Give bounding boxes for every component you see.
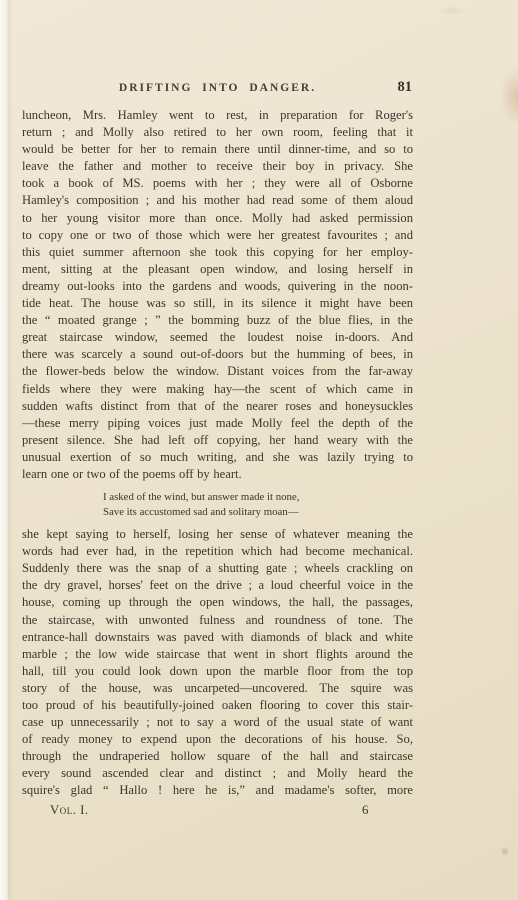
- text-line: present silence. She had left off copyin…: [22, 432, 413, 449]
- running-header: DRIFTING INTO DANGER. 81: [22, 80, 413, 97]
- running-title: DRIFTING INTO DANGER.: [22, 82, 413, 94]
- text-line: the dry gravel, horses' feet on the driv…: [22, 577, 413, 594]
- text-line: return ; and Molly also retired to her o…: [22, 124, 413, 141]
- page-number: 81: [398, 79, 413, 96]
- text-line: dreamy out-looks into the gardens and wo…: [22, 278, 413, 295]
- page-stain: [500, 68, 518, 126]
- text-line: there was scarcely a sound out-of-doors …: [22, 346, 413, 363]
- text-line: would be better for her to remain there …: [22, 141, 413, 158]
- text-line: fields where they were making hay—the sc…: [22, 381, 413, 398]
- text-line: to copy one or two of those which were h…: [22, 227, 413, 244]
- text-line: through the undraperied hollow square of…: [22, 748, 413, 765]
- page-stain: [440, 6, 466, 16]
- paragraph-second: she kept saying to herself, losing her s…: [22, 526, 413, 800]
- page-footer: Vol. I. 6: [22, 803, 413, 820]
- text-line: unusual exertion of so much writing, and…: [22, 449, 413, 466]
- text-line: the staircase, with unwonted fulness and…: [22, 612, 413, 629]
- page-stain: [500, 847, 510, 856]
- text-line: sudden wafts distinct from that of the n…: [22, 398, 413, 415]
- text-line: case up unnecessarily ; not to say a wor…: [22, 714, 413, 731]
- text-line: too proud of his beautifully-joined oake…: [22, 697, 413, 714]
- text-line: leave the father and mother to receive t…: [22, 158, 413, 175]
- text-line: of ready money to expend upon the decora…: [22, 731, 413, 748]
- text-line: she kept saying to herself, losing her s…: [22, 526, 413, 543]
- verse-line: Save its accustomed sad and solitary moa…: [103, 505, 413, 520]
- text-line: house, coming up through the open window…: [22, 594, 413, 611]
- paragraph-first: luncheon, Mrs. Hamley went to rest, in p…: [22, 107, 413, 483]
- text-line: took a book of MS. poems with her ; they…: [22, 175, 413, 192]
- signature-mark: 6: [362, 803, 368, 818]
- page-edge: [0, 0, 8, 900]
- text-line: story of the house, was uncarpeted—uncov…: [22, 680, 413, 697]
- text-line: —these merry piping voices just made Mol…: [22, 415, 413, 432]
- verse-quote: I asked of the wind, but answer made it …: [103, 490, 413, 520]
- text-line: ment, sitting at the pleasant open windo…: [22, 261, 413, 278]
- text-line: to her young visitor more than once. Mol…: [22, 210, 413, 227]
- verse-line: I asked of the wind, but answer made it …: [103, 490, 413, 505]
- page-content: DRIFTING INTO DANGER. 81 luncheon, Mrs. …: [22, 0, 413, 820]
- text-line: entrance-hall downstairs was paved with …: [22, 629, 413, 646]
- text-line: this quiet summer afternoon she took thi…: [22, 244, 413, 261]
- text-line: Hamley's composition ; and his mother ha…: [22, 192, 413, 209]
- text-line: learn one or two of the poems off by hea…: [22, 466, 413, 483]
- text-line: words had ever had, in the repetition wh…: [22, 543, 413, 560]
- text-line: luncheon, Mrs. Hamley went to rest, in p…: [22, 107, 413, 124]
- book-page: DRIFTING INTO DANGER. 81 luncheon, Mrs. …: [0, 0, 518, 900]
- text-line: tide heat. The house was so still, in it…: [22, 295, 413, 312]
- text-line: the “ moated grange ; ” the bomming buzz…: [22, 312, 413, 329]
- text-line: marble ; the low wide staircase that wen…: [22, 646, 413, 663]
- text-line: squire's glad “ Hallo ! here he is,” and…: [22, 782, 413, 799]
- body-text: luncheon, Mrs. Hamley went to rest, in p…: [22, 107, 413, 800]
- text-line: Suddenly there was the snap of a shuttin…: [22, 560, 413, 577]
- text-line: great staircase window, seemed the loude…: [22, 329, 413, 346]
- volume-label: Vol. I.: [50, 803, 89, 818]
- text-line: hall, till you could look down upon the …: [22, 663, 413, 680]
- text-line: the flower-beds below the window. Distan…: [22, 363, 413, 380]
- text-line: every sound ascended clear and distinct …: [22, 765, 413, 782]
